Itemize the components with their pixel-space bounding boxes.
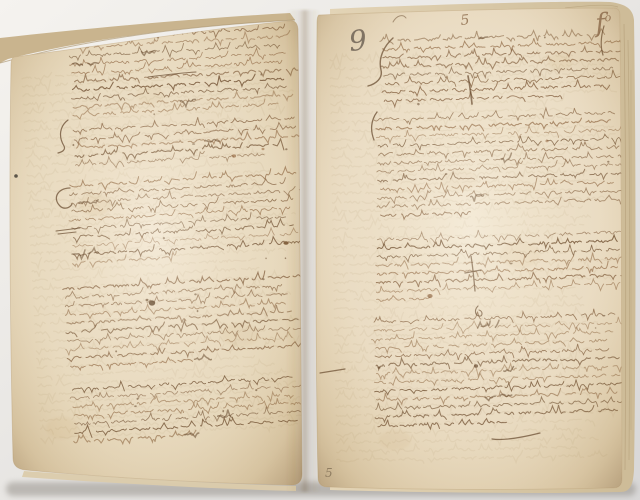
top-center-numeral: 5 [460, 12, 471, 29]
left-page-vignette [10, 21, 302, 485]
pencil-folio-number: 9 [347, 23, 368, 58]
manuscript-photograph: 9 5 fo 5 [0, 0, 640, 500]
bottom-gutter-numeral: 5 [325, 466, 333, 480]
right-page-vignette [316, 8, 622, 490]
folio-mark-superscript: o [604, 11, 612, 24]
gutter-shadow [285, 10, 321, 492]
